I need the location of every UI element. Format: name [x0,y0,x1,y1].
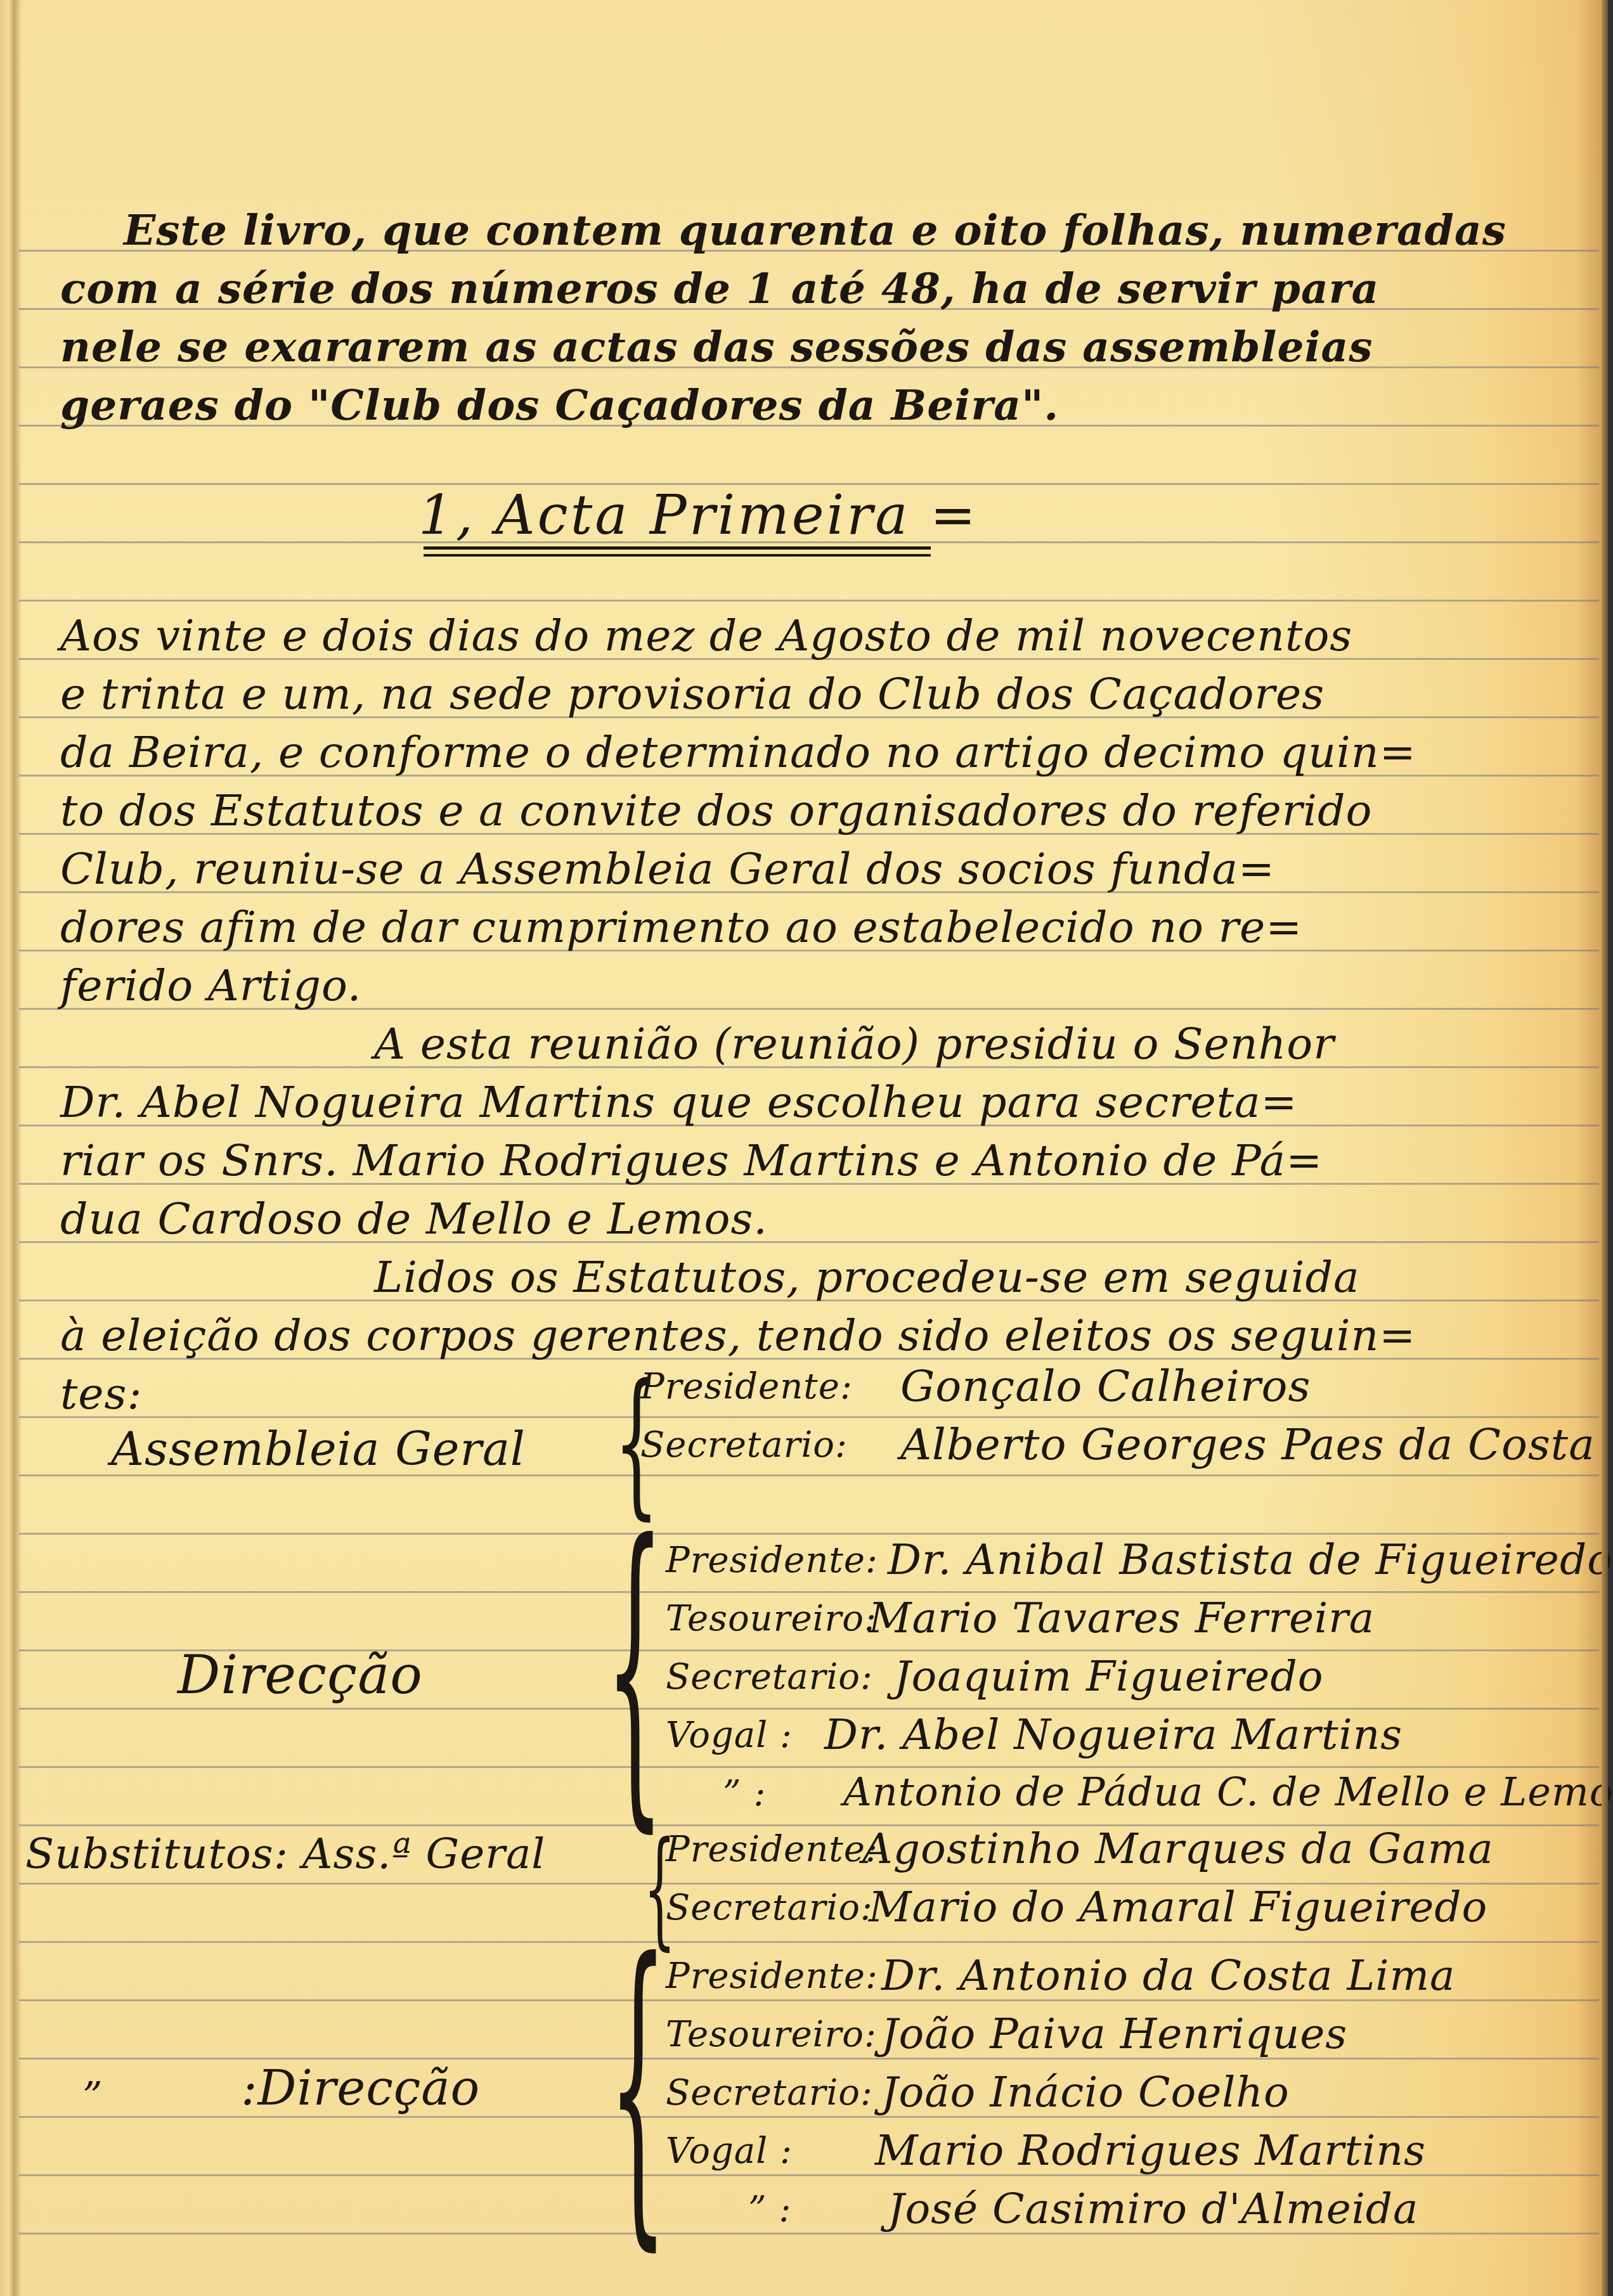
member-name: Gonçalo Calheiros [900,1365,1311,1409]
intro-line: nele se exararem as actas das sessões da… [60,326,1373,368]
member-name: Dr. Abel Nogueira Martins [824,1714,1402,1756]
body-line: to dos Estatutos e a convite dos organis… [60,790,1373,833]
page-title: 1, Acta Primeira = [418,488,978,543]
role-label: Secretario: [666,1660,873,1695]
curly-brace-icon: { [606,1502,664,1832]
member-name: Joaquim Figueiredo [894,1656,1323,1698]
body-line: Aos vinte e dois dias do mez de Agosto d… [60,615,1352,658]
member-name: Mario do Amaral Figueiredo [869,1886,1487,1928]
member-name: José Casimiro d'Almeida [888,2188,1418,2230]
ruled-line [19,1416,1599,1418]
member-name: João Paiva Henriques [881,2013,1347,2055]
role-label: Vogal : [666,1718,793,1753]
curly-brace-icon: { [609,1921,668,2250]
body-line: Lidos os Estatutos, procedeu-se em segui… [374,1256,1359,1300]
body-line: e trinta e um, na sede provisoria do Clu… [60,673,1325,716]
ruled-line [19,2116,1599,2118]
ruled-line [19,600,1599,602]
member-name: Alberto Georges Paes da Costa [900,1424,1595,1467]
role-label: Secretario: [666,2075,873,2111]
member-name: Antonio de Pádua C. de Mello e Lemos [843,1772,1613,1812]
role-label: Presidente: [666,1959,878,1994]
section-label: Direcção [178,1648,423,1701]
body-line: Club, reuniu-se a Assembleia Geral dos s… [60,848,1275,891]
body-line: à eleição dos corpos gerentes, tendo sid… [60,1315,1416,1358]
body-line: ferido Artigo. [60,965,361,1008]
body-line: da Beira, e conforme o determinado no ar… [60,732,1416,775]
ruled-line [19,1941,1599,1943]
role-label: Presidente: [666,1832,878,1867]
body-line: A esta reunião (reunião) presidiu o Senh… [374,1023,1335,1066]
role-label: Vogal : [666,2134,793,2169]
role-label: Secretario: [640,1428,848,1463]
role-label: Presidente: [666,1543,878,1578]
body-line: Dr. Abel Nogueira Martins que escolheu p… [60,1081,1298,1125]
member-name: João Inácio Coelho [881,2072,1290,2113]
ruled-line [19,1591,1599,1593]
intro-line: Este livro, que contem quarenta e oito f… [124,209,1506,251]
member-name: Agostinho Marques da Gama [862,1828,1494,1870]
ruled-line [19,1533,1599,1535]
role-label: Tesoureiro: [666,2017,877,2053]
member-name: Mario Tavares Ferreira [869,1597,1375,1639]
ruled-line [19,1766,1599,1768]
intro-line: com a série dos números de 1 até 48, ha … [60,268,1379,309]
member-name: Dr. Anibal Bastista de Figueiredo [888,1539,1613,1581]
body-line: riar os Snrs. Mario Rodrigues Martins e … [60,1140,1323,1183]
body-line: tes: [60,1373,142,1416]
member-name: Mario Rodrigues Martins [875,2130,1426,2172]
ruled-line [19,1708,1599,1710]
role-label: Tesoureiro: [666,1601,877,1637]
role-label: Presidente: [640,1369,853,1405]
role-label: ” : [723,1776,766,1812]
body-line: dores afim de dar cumprimento ao estabel… [60,906,1302,950]
role-label: ” : [748,2192,791,2228]
title-underline [424,554,931,557]
section-label: Assembleia Geral [111,1426,526,1472]
section-label: Substitutos: Ass.ª Geral [25,1833,545,1875]
member-name: Dr. Antonio da Costa Lima [881,1955,1455,1997]
title-underline [424,546,931,550]
intro-line: geraes do "Club dos Caçadores da Beira". [60,384,1059,426]
role-label: Secretario: [666,1890,873,1926]
ditto-mark: ” [82,2077,103,2116]
body-line: dua Cardoso de Mello e Lemos. [60,1198,768,1241]
ledger-page: Este livro, que contem quarenta e oito f… [0,0,1608,2296]
section-label: :Direcção [241,2064,480,2112]
